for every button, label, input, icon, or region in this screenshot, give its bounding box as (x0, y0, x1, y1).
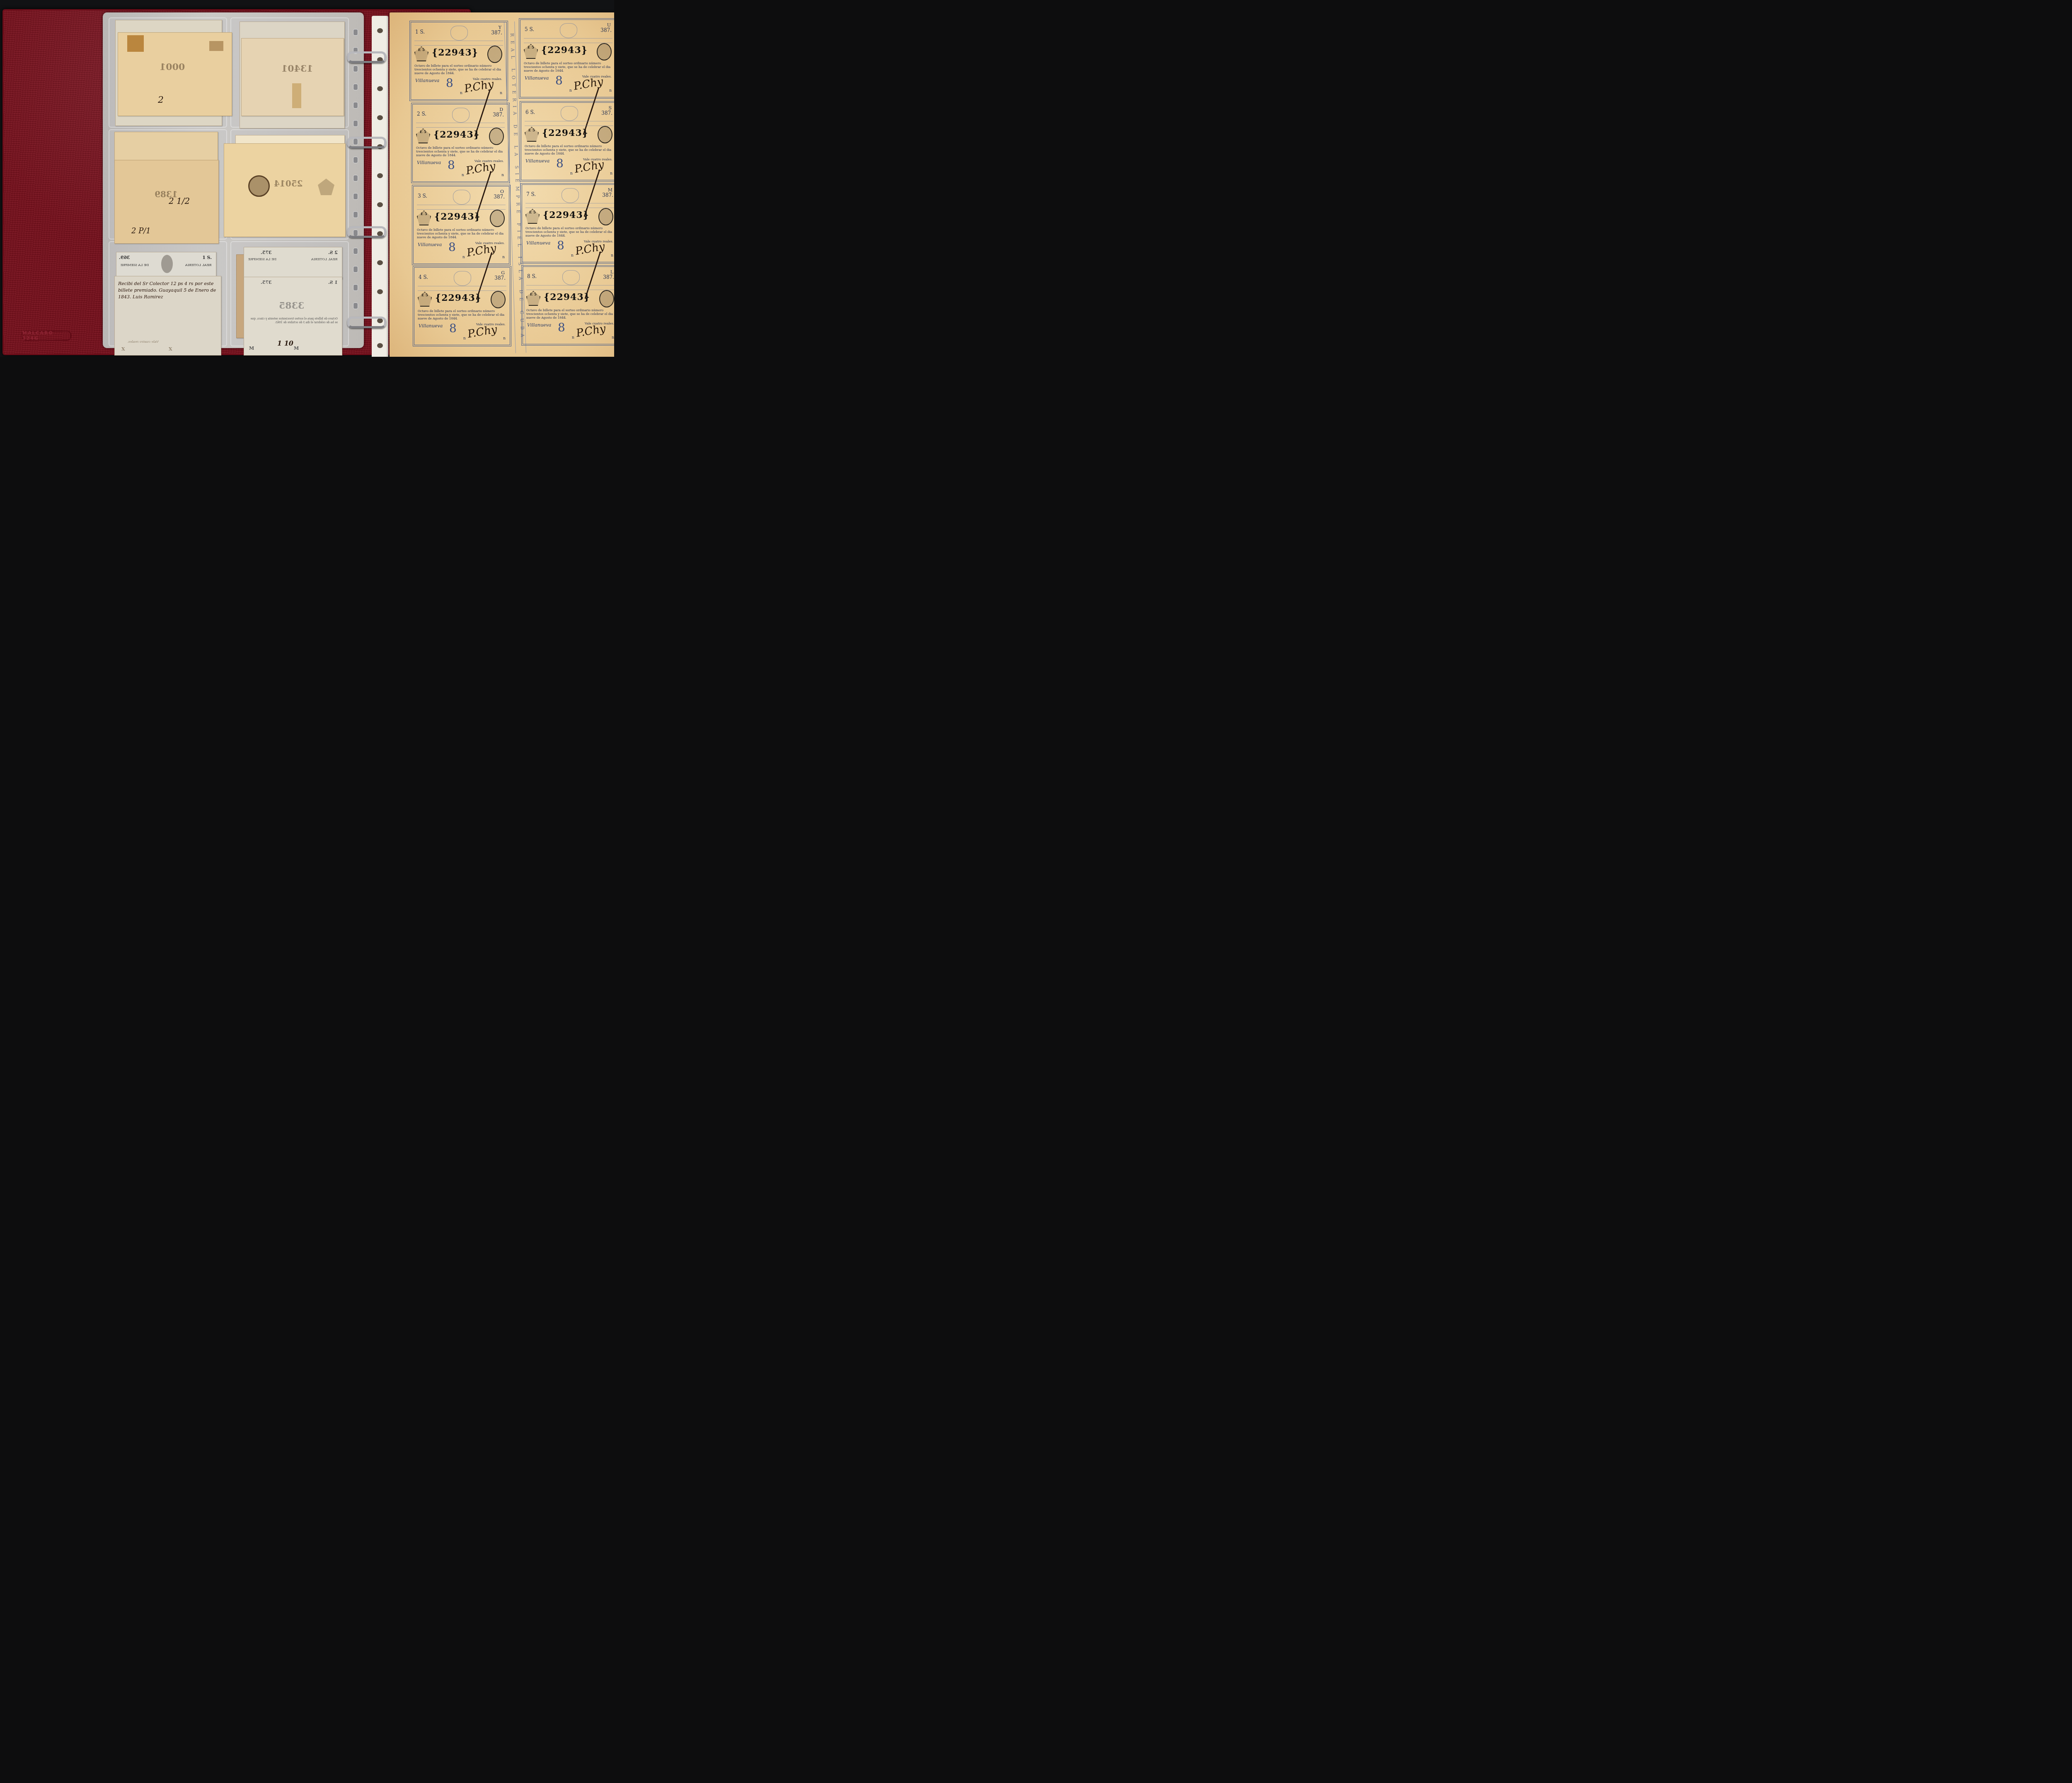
ticket-2S: 2 S. D 387. E 5 {22943} Octavo de billet… (411, 103, 510, 183)
pentagon-stamp-icon: E 5 (417, 210, 431, 225)
royal-crest-icon (450, 26, 468, 41)
oval-seal-icon (487, 46, 502, 63)
sheet-reinforcement-strip (372, 16, 388, 357)
receipt-ticket-bottom-left: Recibi del Sr Colector 12 ps 4 rs por es… (114, 276, 221, 356)
oval-seal-icon (598, 126, 612, 143)
cover-logo-emboss: MALCARO 324G (22, 331, 71, 341)
royal-crest-icon (454, 271, 471, 286)
oval-seal-icon (597, 43, 612, 60)
oval-seal-icon (598, 208, 613, 225)
pentagon-stamp-icon: E 5 (418, 292, 432, 307)
pentagon-stamp-bleed (318, 179, 334, 195)
ticket-1S: 1 S. Y 387. E 5 {22943} Octavo de billet… (409, 21, 508, 101)
ticket-5S: 5 S. U 387. E 5 {22943} Octavo de billet… (519, 18, 614, 99)
oval-seal-icon (489, 128, 504, 145)
royal-crest-icon (561, 106, 578, 121)
ticket-face-1S-369: 369. 1 S. DE LA SIEMPRE REAL LOTERIA (116, 252, 216, 278)
hinge-tape (209, 41, 223, 51)
oval-seal-icon (491, 291, 506, 308)
lottery-sheet-1844: REAL LOTERIA DE LA SIEMPRE FIEL ISLA DE … (390, 12, 614, 357)
banknote-sleeve-page: 0001 2 13401 0/2 1389 2 1/2 2 P/1 25014 (103, 12, 364, 348)
hinge-tape (292, 83, 301, 108)
banner-ornament (526, 285, 614, 290)
pentagon-stamp-icon: E 5 (526, 291, 540, 306)
crest-stamp (161, 255, 173, 273)
banner-ornament (417, 205, 506, 210)
banner-ornament (525, 121, 613, 126)
royal-crest-icon (453, 190, 470, 205)
pentagon-stamp-icon: E 5 (416, 128, 430, 143)
binder-ring-4 (347, 317, 386, 328)
ticket-back-under (114, 132, 218, 162)
ticket-4S: 4 S. G 387. E 5 {22943} Octavo de billet… (413, 266, 511, 346)
oval-stamp-bleed (248, 175, 270, 197)
pentagon-stamp-icon: E 5 (525, 209, 540, 224)
ticket-3S: 3 S. O 387. E 5 {22943} Octavo de billet… (412, 185, 511, 265)
banner-ornament (418, 286, 506, 291)
banner-ornament (414, 41, 503, 46)
binder-ring-1 (347, 51, 386, 63)
royal-crest-icon (562, 270, 580, 285)
banner-ornament (416, 123, 505, 128)
ticket-back-top-right: 13401 0/2 (241, 38, 344, 116)
banner-ornament (524, 38, 612, 43)
ticket-back-top-left: 0001 2 (118, 32, 232, 116)
ticket-face-2S-375: 2 S. 375. DE LA SIEMPRE REAL LOTERIA (244, 247, 342, 279)
ticket-back-middle-right: 25014 (224, 143, 346, 237)
royal-crest-icon (452, 108, 470, 123)
ticket-back-middle-left: 1389 2 1/2 2 P/1 (114, 160, 219, 244)
banner-ornament (525, 203, 614, 208)
pentagon-stamp-icon: E 5 (414, 46, 428, 61)
sleeve-punch-holes (353, 29, 359, 309)
oval-seal-icon (599, 290, 614, 307)
hinge-tape (127, 35, 144, 52)
oval-seal-icon (490, 210, 505, 227)
royal-crest-icon (562, 188, 579, 203)
photo-scene: MALCARO 324G 0001 2 13401 0/2 1389 2 1/2 (0, 0, 614, 357)
ticket-face-1S-375: 1 S. 375. 3385 Octavo de billete para el… (244, 277, 342, 356)
pentagon-stamp-icon: E 5 (525, 127, 539, 142)
binder-ring-3 (347, 226, 386, 238)
ticket-8S: 8 S. L 387. E 5 {22943} Octavo de billet… (521, 265, 614, 346)
binder-ring-2 (347, 137, 386, 148)
royal-crest-icon (560, 23, 577, 38)
pentagon-stamp-icon: E 5 (524, 44, 538, 59)
